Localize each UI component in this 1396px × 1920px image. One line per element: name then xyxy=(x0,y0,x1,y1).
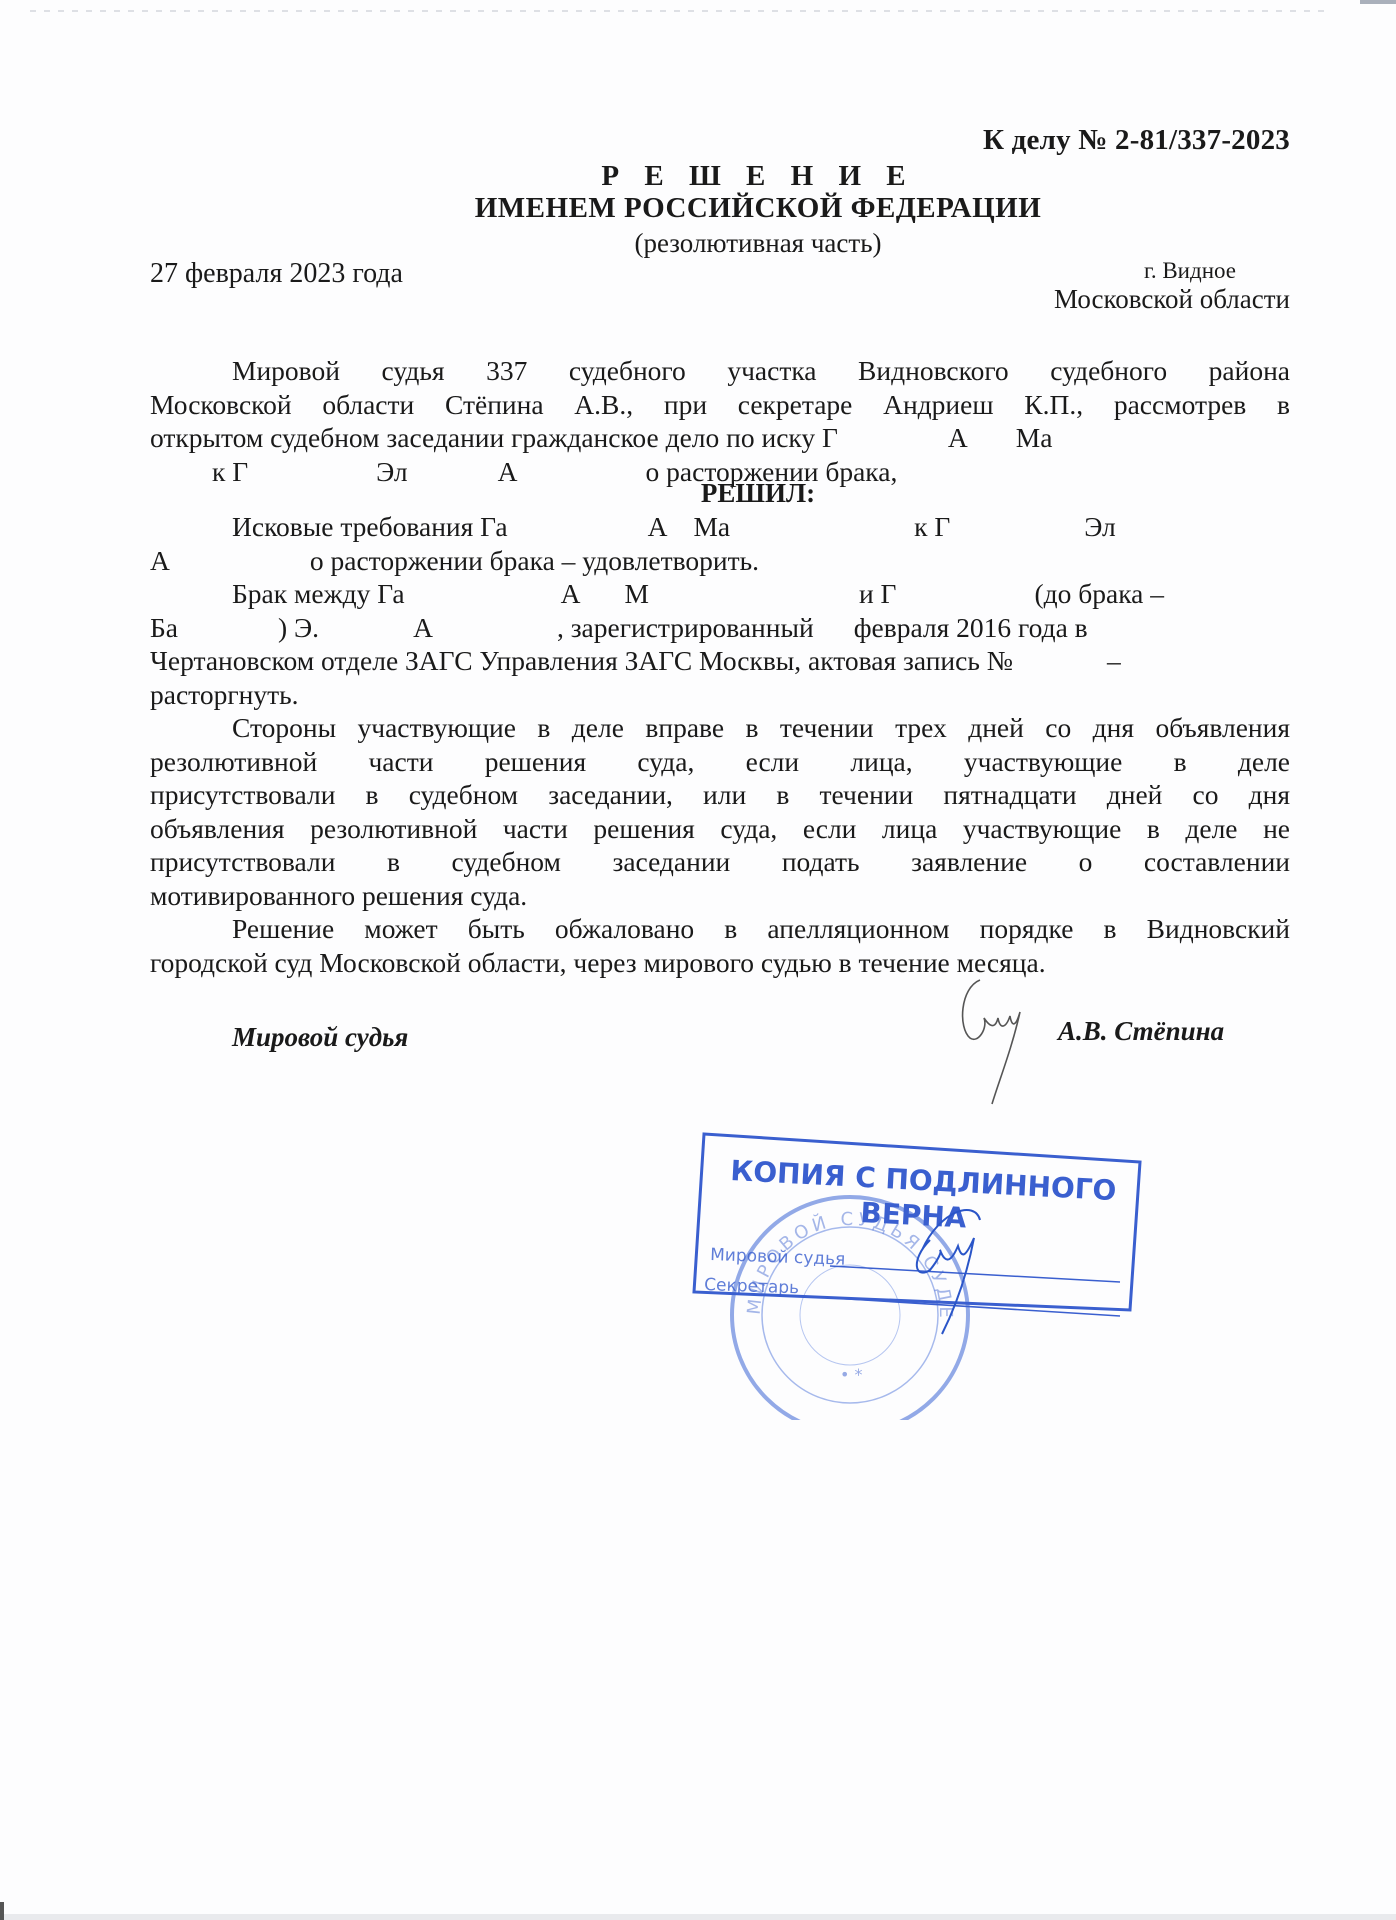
ruling-line: Брак между ГаАМи Г(до брака – xyxy=(150,577,1290,611)
certified-copy-stamp: МИРОВОЙ СУДЬЯ СУДЕБНОГО УЧАСТКА № 337 • … xyxy=(690,1120,1160,1420)
text-fragment: Чертановском отделе ЗАГС Управления ЗАГС… xyxy=(150,645,1013,676)
intro-line: открытом судебном заседании гражданское … xyxy=(150,421,1290,455)
ruling-section: Исковые требования ГаАМак ГЭл Ао расторж… xyxy=(150,510,1290,979)
decision-date: 27 февраля 2023 года xyxy=(150,258,403,290)
decision-region: Московской области xyxy=(1054,284,1290,315)
text-fragment: Ма xyxy=(693,511,730,542)
text-fragment: к Г xyxy=(914,511,950,542)
text-fragment: А xyxy=(150,545,170,576)
scan-artifact-left xyxy=(0,1902,4,1920)
text-fragment: А xyxy=(413,612,433,643)
case-number: К делу № 2-81/337-2023 xyxy=(983,124,1290,157)
ruling-line: городской суд Московской области, через … xyxy=(150,946,1290,980)
ruling-line: Чертановском отделе ЗАГС Управления ЗАГС… xyxy=(150,644,1290,678)
signature-name: А.В. Стёпина xyxy=(1058,1016,1224,1047)
text-fragment: (до брака – xyxy=(1034,578,1164,609)
intro-line: Московской области Стёпина А.В., при сек… xyxy=(150,388,1290,422)
text-fragment: М xyxy=(625,578,649,609)
ruling-line: Исковые требования ГаАМак ГЭл xyxy=(150,510,1290,544)
handwritten-signature-icon xyxy=(940,968,1060,1108)
ruling-line: Ба) Э.А, зарегистрированныйфевраля 2016 … xyxy=(150,611,1290,645)
scan-artifact-corner xyxy=(1360,0,1396,4)
ruling-line: мотивированного решения суда. xyxy=(150,879,1290,913)
text-fragment: открытом судебном заседании гражданское … xyxy=(150,422,838,453)
text-fragment: – xyxy=(1107,645,1121,676)
ruling-line: резолютивной части решения суда, если ли… xyxy=(150,745,1290,779)
ruling-line: Решение может быть обжаловано в апелляци… xyxy=(150,912,1290,946)
ruling-line: объявления резолютивной части решения су… xyxy=(150,812,1290,846)
ruling-line: расторгнуть. xyxy=(150,678,1290,712)
resolved-heading: РЕШИЛ: xyxy=(60,478,1396,509)
scan-artifact-top xyxy=(30,10,1330,12)
text-fragment: февраля 2016 года в xyxy=(854,612,1088,643)
ruling-line: присутствовали в судебном заседании пода… xyxy=(150,845,1290,879)
ruling-line: Стороны участвующие в деле вправе в тече… xyxy=(150,711,1290,745)
decision-city: г. Видное xyxy=(1144,258,1236,284)
document-title: Р Е Ш Е Н И Е xyxy=(60,160,1396,193)
text-fragment: ) Э. xyxy=(278,612,319,643)
ruling-line: присутствовали в судебном заседании, или… xyxy=(150,778,1290,812)
text-fragment: о расторжении брака – удовлетворить. xyxy=(310,545,759,576)
stamp-field-secretary: Секретарь xyxy=(704,1275,800,1298)
scan-artifact-bottom xyxy=(0,1914,1396,1920)
text-fragment: А xyxy=(561,578,581,609)
text-fragment: и Г xyxy=(859,578,897,609)
text-fragment: Исковые требования Га xyxy=(232,511,508,542)
text-fragment: Ма xyxy=(1016,422,1053,453)
text-fragment: А xyxy=(648,511,668,542)
intro-line: Мировой судья 337 судебного участка Видн… xyxy=(150,354,1290,388)
text-fragment: , зарегистрированный xyxy=(557,612,814,643)
document-page: К делу № 2-81/337-2023 Р Е Ш Е Н И Е ИМЕ… xyxy=(0,0,1396,1920)
document-subtitle: ИМЕНЕМ РОССИЙСКОЙ ФЕДЕРАЦИИ xyxy=(60,192,1396,225)
stamp-field-judge: Мировой судья xyxy=(710,1245,846,1270)
text-fragment: Брак между Га xyxy=(232,578,405,609)
svg-text:• *: • * xyxy=(840,1365,863,1384)
text-fragment: Ба xyxy=(150,612,178,643)
signature-role: Мировой судья xyxy=(232,1022,408,1053)
ruling-line: Ао расторжении брака – удовлетворить. xyxy=(150,544,1290,578)
text-fragment: Эл xyxy=(1084,511,1116,542)
intro-paragraph: Мировой судья 337 судебного участка Видн… xyxy=(150,354,1290,488)
text-fragment: А xyxy=(948,422,968,453)
document-part-label: (резолютивная часть) xyxy=(60,228,1396,259)
